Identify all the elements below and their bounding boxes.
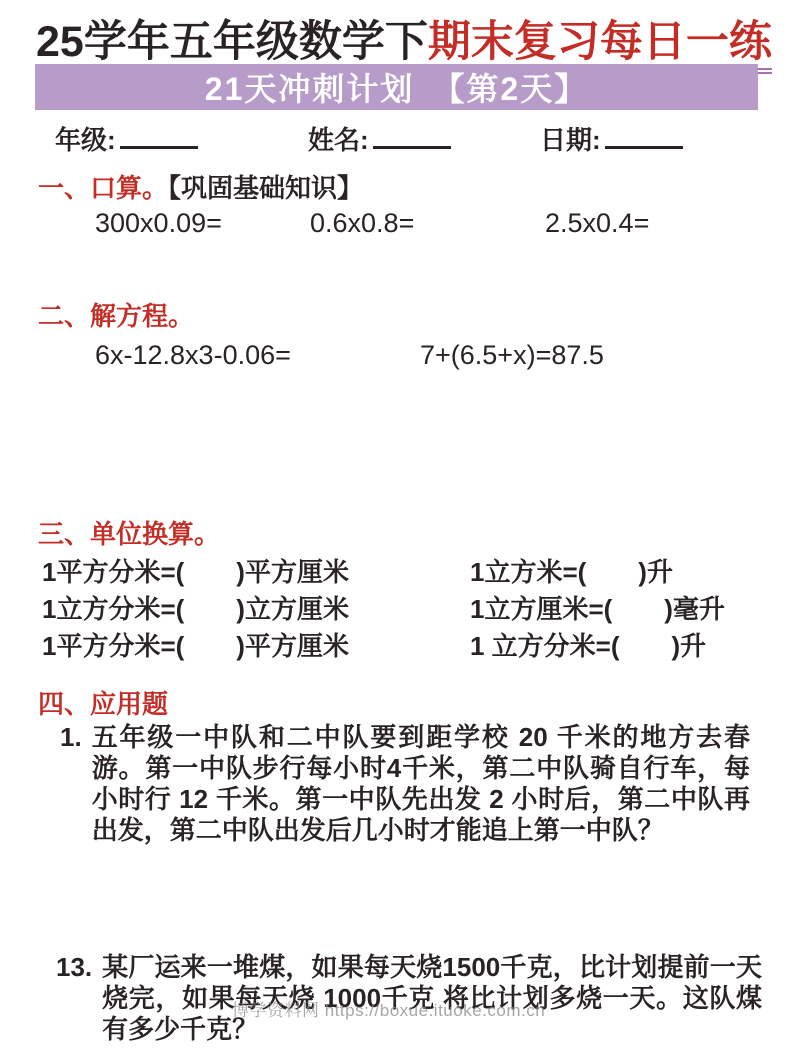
word-problem-1-number: 1. [60,722,92,846]
date-blank [605,122,683,149]
unit-row3-left: 1平方分米=( )平方厘米 [42,626,349,663]
name-label: 姓名: [308,125,369,155]
title-black-part: 25学年五年级数学下 [36,18,428,66]
unit-row1-left: 1平方分米=( )平方厘米 [42,552,349,589]
plan-banner-text: 21天冲刺计划 【第2天】 [205,64,588,110]
unit-row2-right: 1立方厘米=( )毫升 [470,589,725,626]
date-label: 日期: [540,125,601,155]
word-problem-1-text: 五年级一中队和二中队要到距学校 20 千米的地方去春游。第一中队步行每小时4千米… [92,722,750,846]
date-field: 日期: [540,120,683,157]
equation-1: 6x-12.8x3-0.06= [95,340,291,371]
section2-heading: 二、解方程。 [38,296,194,333]
oral-problem-1: 300x0.09= [95,208,222,239]
name-blank [373,122,451,149]
grade-field: 年级: [55,120,198,157]
unit-row2-left: 1立方分米=( )立方厘米 [42,589,349,626]
section1-heading-black: 【巩固基础知识】 [168,173,363,203]
name-field: 姓名: [308,120,451,157]
site-watermark: 博学资料网 https://boxue.ituoke.com.cn [232,996,545,1021]
unit-row1-right: 1立方米=( )升 [470,552,673,589]
word-problem-13-number: 13. [56,952,102,1045]
section4-heading: 四、应用题 [38,684,168,721]
section1-heading-red: 一、口算。 [38,173,168,203]
oral-problem-3: 2.5x0.4= [545,208,649,239]
grade-label: 年级: [55,125,116,155]
oral-problem-2: 0.6x0.8= [310,208,414,239]
word-problem-1: 1. 五年级一中队和二中队要到距学校 20 千米的地方去春游。第一中队步行每小时… [60,722,750,846]
section3-heading: 三、单位换算。 [38,514,220,551]
unit-row3-right: 1 立方分米=( )升 [470,626,706,663]
page-title: 25学年五年级数学下期末复习每日一练 [36,8,776,69]
section1-heading: 一、口算。【巩固基础知识】 [38,168,363,205]
plan-banner: 21天冲刺计划 【第2天】 [35,64,758,110]
equation-2: 7+(6.5+x)=87.5 [420,340,604,371]
grade-blank [120,122,198,149]
